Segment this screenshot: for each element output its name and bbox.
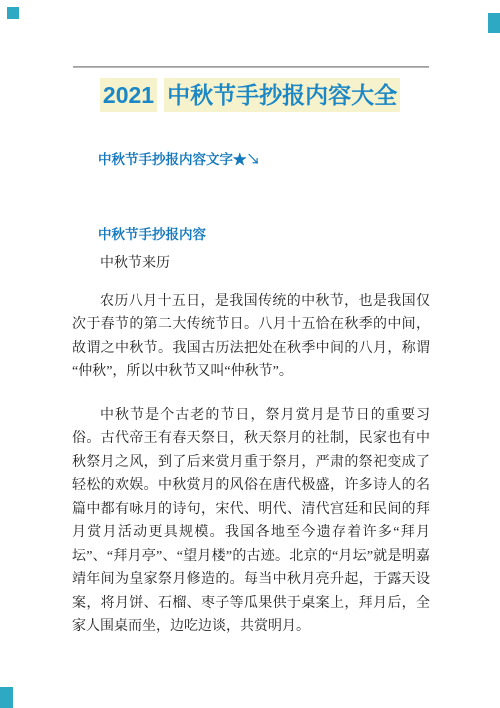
section-heading-link[interactable]: 中秋节手抄报内容 [98, 226, 206, 243]
article-paragraph-2: 中秋节是个古老的节日，祭月赏月是节日的重要习俗。古代帝王有春天祭日，秋天祭月的社… [72, 404, 430, 639]
corner-mark-bottom-left-icon [0, 687, 13, 708]
page-title-year: 2021 [100, 78, 157, 112]
document-page: 2021中秋节手抄报内容大全 中秋节手抄报内容文字★↘ 中秋节手抄报内容 中秋节… [0, 0, 500, 708]
header-divider [73, 66, 429, 68]
corner-mark-top-left-icon [7, 7, 19, 19]
page-title: 2021中秋节手抄报内容大全 [0, 74, 500, 112]
content-anchor-link[interactable]: 中秋节手抄报内容文字★↘ [98, 151, 260, 168]
article-paragraph-1: 农历八月十五日，是我国传统的中秋节，也是我国仅次于春节的第二大传统节日。八月十五… [72, 290, 430, 384]
corner-mark-top-right-icon [488, 13, 500, 33]
page-title-text: 中秋节手抄报内容大全 [164, 78, 400, 112]
article-subheading: 中秋节来历 [72, 252, 430, 276]
article-body: 中秋节来历 农历八月十五日，是我国传统的中秋节，也是我国仅次于春节的第二大传统节… [72, 252, 430, 639]
